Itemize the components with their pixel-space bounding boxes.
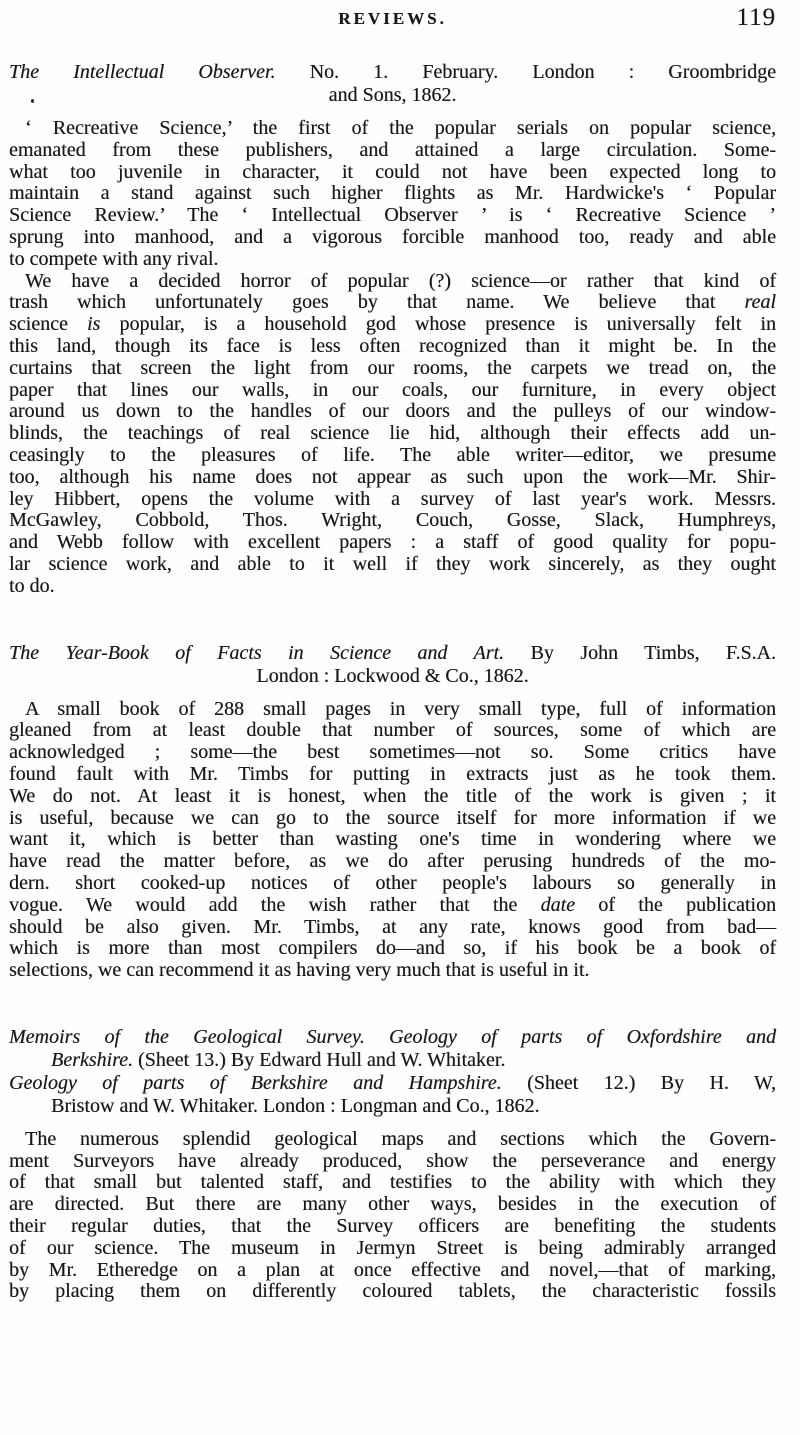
text: emanated from these publishers, and atta… (9, 139, 776, 161)
text: No. 1. February. London : Groombridge (276, 61, 777, 83)
text: blinds, the teachings of real science li… (9, 422, 776, 444)
text-line: We do not. At least it is honest, when t… (9, 786, 776, 808)
text: curtains that screen the light from our … (9, 357, 776, 379)
text-line: gleaned from at least double that number… (9, 720, 776, 742)
reviews-list: The Intellectual Observer. No. 1. Februa… (9, 61, 776, 1303)
text: ment Surveyors have already produced, sh… (9, 1150, 776, 1172)
text-line: emanated from these publishers, and atta… (9, 140, 776, 162)
text: by placing them on differently coloured … (9, 1280, 776, 1302)
text: We have a decided horror of popular (?) … (25, 270, 776, 292)
text: (Sheet 13.) By Edward Hull and W. Whitak… (133, 1049, 505, 1071)
text-line: sprung into manhood, and a vigorous forc… (9, 227, 776, 249)
ink-speck (31, 99, 34, 103)
text-line: have read the matter before, as we do af… (9, 851, 776, 873)
text: ceasingly to the pleasures of life. The … (9, 444, 776, 466)
review-intellectual-observer: The Intellectual Observer. No. 1. Februa… (9, 61, 776, 598)
scanned-journal-page: REVIEWS. 119 The Intellectual Observer. … (0, 0, 800, 1435)
text: of that small but talented staff, and te… (9, 1171, 776, 1193)
text-line: ‘ Recreative Science,’ the first of the … (9, 118, 776, 140)
text-line: curtains that screen the light from our … (9, 358, 776, 380)
text: and Webb follow with excellent papers : … (9, 531, 776, 553)
text: dern. short cooked-up notices of other p… (9, 872, 776, 894)
text-line: is useful, because we can go to the sour… (9, 808, 776, 830)
paragraph: ‘ Recreative Science,’ the first of the … (9, 118, 776, 271)
text: is useful, because we can go to the sour… (9, 807, 776, 829)
text: which is more than most compilers do—and… (9, 937, 776, 959)
review-heading: The Intellectual Observer. No. 1. Februa… (9, 61, 776, 107)
italic-text: The Year-Book of Facts in Science and Ar… (9, 642, 504, 664)
paragraph: We have a decided horror of popular (?) … (9, 271, 776, 598)
heading-line: Berkshire. (Sheet 13.) By Edward Hull an… (9, 1049, 776, 1072)
text-line: this land, though its face is less often… (9, 336, 776, 358)
italic-text: The Intellectual Observer. (9, 61, 276, 83)
text: this land, though its face is less often… (9, 335, 776, 357)
text: By John Timbs, F.S.A. (504, 642, 776, 664)
italic-text: date (541, 894, 575, 916)
page-content: REVIEWS. 119 The Intellectual Observer. … (0, 0, 800, 1303)
text-line: their regular duties, that the Survey of… (9, 1216, 776, 1238)
running-head-title: REVIEWS. (9, 6, 776, 29)
text-line: dern. short cooked-up notices of other p… (9, 873, 776, 895)
text: and Sons, 1862. (329, 84, 457, 106)
review-geological-survey-memoirs: Memoirs of the Geological Survey. Geolog… (9, 1026, 776, 1303)
text: should be also given. Mr. Timbs, at any … (9, 916, 776, 938)
text: around us down to the handles of our doo… (9, 400, 776, 422)
text-line: what too juvenile in character, it could… (9, 162, 776, 184)
text-line: by placing them on differently coloured … (9, 1281, 776, 1303)
text: sprung into manhood, and a vigorous forc… (9, 226, 776, 248)
text-line: paper that lines our walls, in our coals… (9, 380, 776, 402)
text: their regular duties, that the Survey of… (9, 1215, 776, 1237)
italic-text: Memoirs of the Geological Survey. Geolog… (9, 1026, 776, 1048)
text: are directed. But there are many other w… (9, 1193, 776, 1215)
text: of our science. The museum in Jermyn Str… (9, 1237, 776, 1259)
text: found fault with Mr. Timbs for putting i… (9, 763, 776, 785)
text-line: ment Surveyors have already produced, sh… (9, 1151, 776, 1173)
text-line: to do. (9, 576, 776, 598)
text-line: science is popular, is a household god w… (9, 314, 776, 336)
italic-text: is (87, 313, 100, 335)
heading-line: Memoirs of the Geological Survey. Geolog… (9, 1026, 776, 1049)
text-line: and Webb follow with excellent papers : … (9, 532, 776, 554)
text: trash which unfortunately goes by that n… (9, 291, 745, 313)
text-line: Science Review.’ The ‘ Intellectual Obse… (9, 205, 776, 227)
text: want it, which is better than wasting on… (9, 828, 776, 850)
text: have read the matter before, as we do af… (9, 850, 776, 872)
text-line: to compete with any rival. (9, 249, 776, 271)
text: too, although his name does not appear a… (9, 466, 776, 488)
italic-text: Geology of parts of Berkshire and Hampsh… (9, 1072, 502, 1094)
running-head: REVIEWS. 119 (9, 6, 776, 40)
text: ley Hibbert, opens the volume with a sur… (9, 488, 776, 510)
text: of the publication (575, 894, 776, 916)
review-year-book-of-facts: The Year-Book of Facts in Science and Ar… (9, 642, 776, 982)
text-line: lar science work, and able to it well if… (9, 554, 776, 576)
page-number: 119 (736, 4, 776, 32)
text: Science Review.’ The ‘ Intellectual Obse… (9, 204, 776, 226)
italic-text: Berkshire. (51, 1049, 133, 1071)
review-body: A small book of 288 small pages in very … (9, 699, 776, 982)
text-line: maintain a stand against such higher fli… (9, 183, 776, 205)
text: London : Lockwood & Co., 1862. (256, 665, 528, 687)
text-line: too, although his name does not appear a… (9, 467, 776, 489)
text-line: ley Hibbert, opens the volume with a sur… (9, 489, 776, 511)
text: (Sheet 12.) By H. W, (502, 1072, 776, 1094)
heading-line: and Sons, 1862. (9, 84, 776, 107)
text-line: The numerous splendid geological maps an… (9, 1129, 776, 1151)
text: what too juvenile in character, it could… (9, 161, 776, 183)
heading-line: The Intellectual Observer. No. 1. Februa… (9, 61, 776, 84)
text: vogue. We would add the wish rather that… (9, 894, 541, 916)
text: Bristow and W. Whitaker. London : Longma… (51, 1095, 539, 1117)
heading-line: Geology of parts of Berkshire and Hampsh… (9, 1072, 776, 1095)
text-line: A small book of 288 small pages in very … (9, 699, 776, 721)
heading-line: London : Lockwood & Co., 1862. (9, 665, 776, 688)
review-heading: The Year-Book of Facts in Science and Ar… (9, 642, 776, 688)
text-line: of that small but talented staff, and te… (9, 1172, 776, 1194)
text-line: We have a decided horror of popular (?) … (9, 271, 776, 293)
text: paper that lines our walls, in our coals… (9, 379, 776, 401)
text-line: around us down to the handles of our doo… (9, 401, 776, 423)
text: A small book of 288 small pages in very … (25, 698, 776, 720)
text: The numerous splendid geological maps an… (25, 1128, 776, 1150)
text: McGawley, Cobbold, Thos. Wright, Couch, … (9, 509, 776, 531)
paragraph: The numerous splendid geological maps an… (9, 1129, 776, 1303)
heading-line: Bristow and W. Whitaker. London : Longma… (9, 1095, 776, 1118)
text: We do not. At least it is honest, when t… (9, 785, 776, 807)
italic-text: real (745, 291, 776, 313)
text: to do. (9, 575, 55, 597)
text: science (9, 313, 87, 335)
review-body: The numerous splendid geological maps an… (9, 1129, 776, 1303)
text-line: vogue. We would add the wish rather that… (9, 895, 776, 917)
text-line: acknowledged ; some—the best sometimes—n… (9, 742, 776, 764)
review-body: ‘ Recreative Science,’ the first of the … (9, 118, 776, 598)
text: ‘ Recreative Science,’ the first of the … (25, 117, 776, 139)
text-line: ceasingly to the pleasures of life. The … (9, 445, 776, 467)
text-line: blinds, the teachings of real science li… (9, 423, 776, 445)
text: popular, is a household god whose presen… (100, 313, 776, 335)
text: by Mr. Etheredge on a plan at once effec… (9, 1259, 776, 1281)
text-line: found fault with Mr. Timbs for putting i… (9, 764, 776, 786)
text-line: McGawley, Cobbold, Thos. Wright, Couch, … (9, 510, 776, 532)
text: to compete with any rival. (9, 248, 218, 270)
paragraph: A small book of 288 small pages in very … (9, 699, 776, 982)
text-line: trash which unfortunately goes by that n… (9, 292, 776, 314)
text: selections, we can recommend it as havin… (9, 959, 589, 981)
text: acknowledged ; some—the best sometimes—n… (9, 741, 776, 763)
text-line: should be also given. Mr. Timbs, at any … (9, 917, 776, 939)
text-line: selections, we can recommend it as havin… (9, 960, 776, 982)
text-line: of our science. The museum in Jermyn Str… (9, 1238, 776, 1260)
text-line: which is more than most compilers do—and… (9, 938, 776, 960)
text: maintain a stand against such higher fli… (9, 182, 776, 204)
heading-line: The Year-Book of Facts in Science and Ar… (9, 642, 776, 665)
text-line: want it, which is better than wasting on… (9, 829, 776, 851)
text-line: are directed. But there are many other w… (9, 1194, 776, 1216)
text: gleaned from at least double that number… (9, 719, 776, 741)
text: lar science work, and able to it well if… (9, 553, 776, 575)
text-line: by Mr. Etheredge on a plan at once effec… (9, 1260, 776, 1282)
review-heading: Memoirs of the Geological Survey. Geolog… (9, 1026, 776, 1118)
